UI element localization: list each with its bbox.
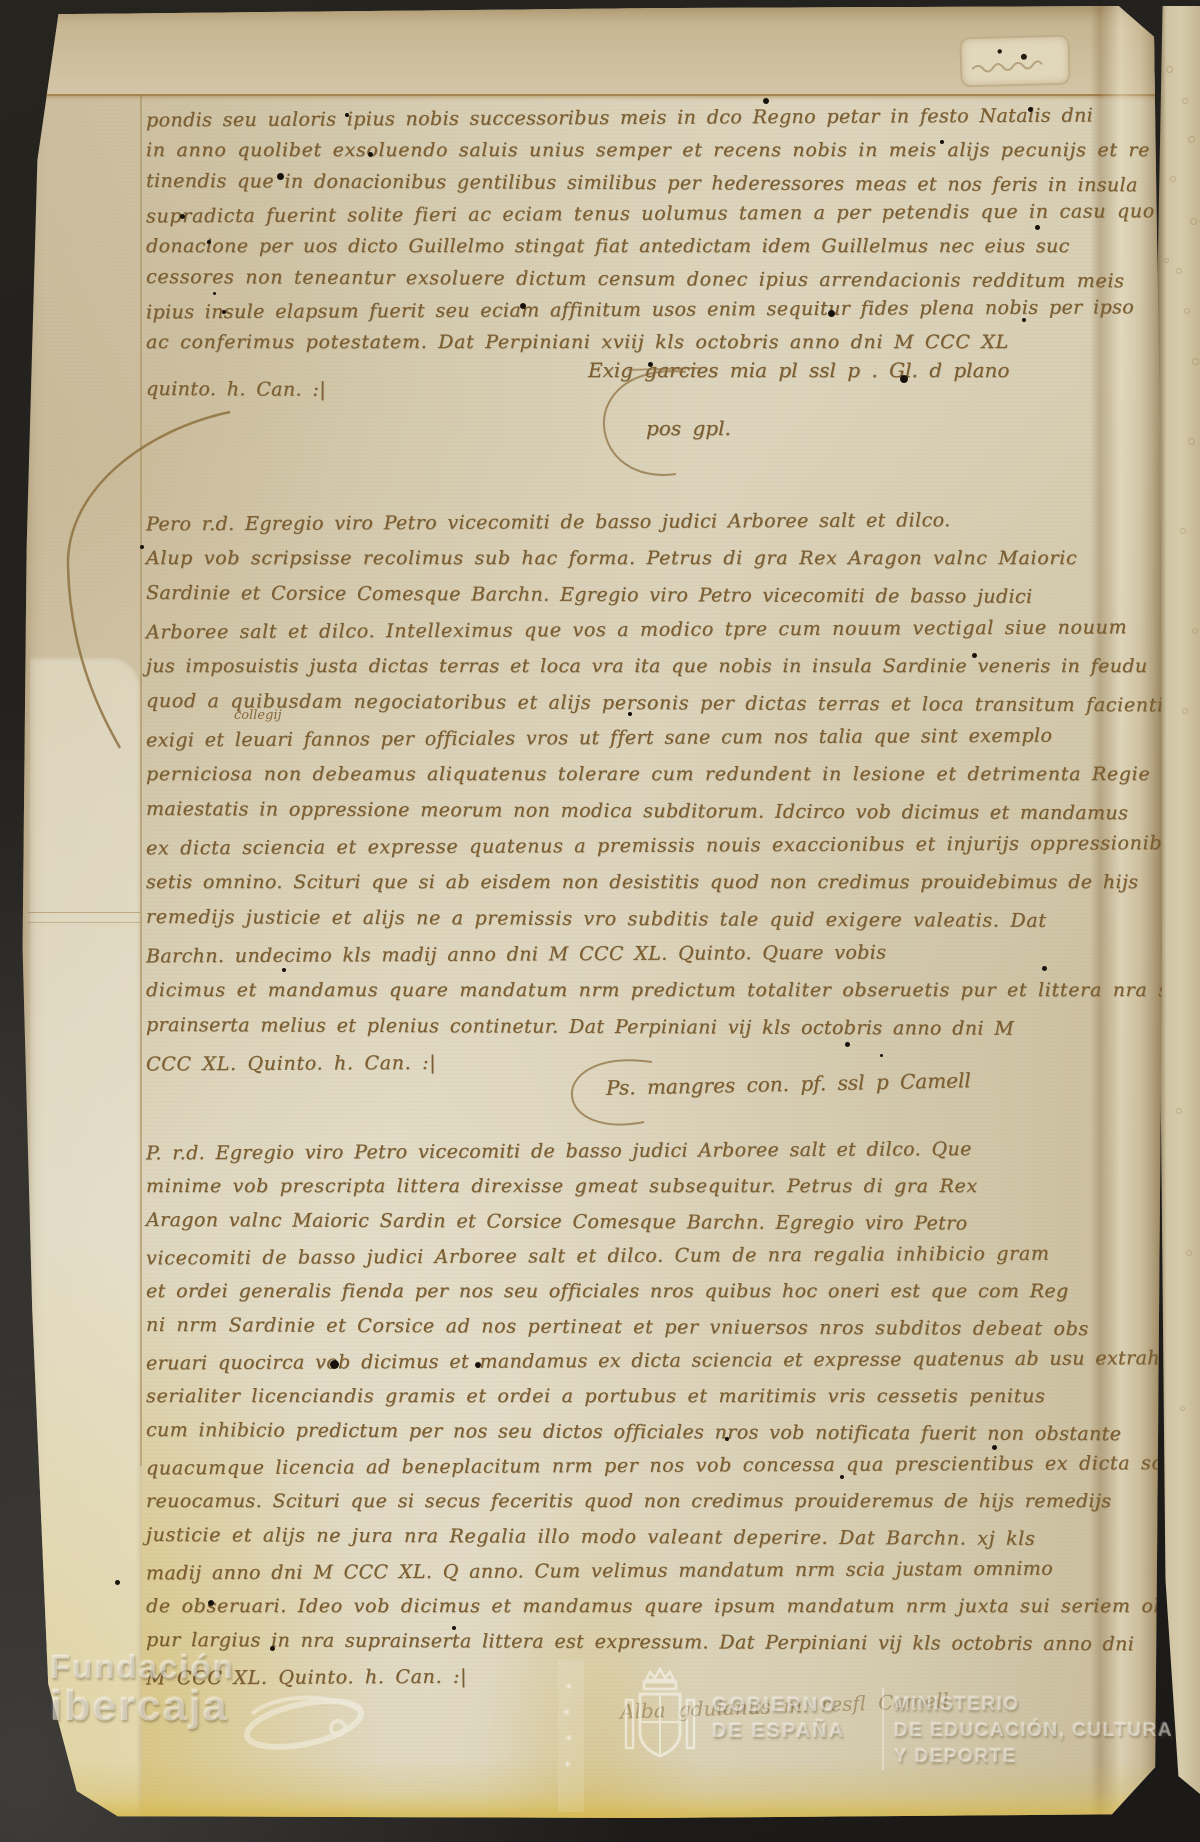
manuscript-line: maiestatis in oppressione meorum non mod… xyxy=(146,791,1076,831)
manuscript-line: justicie et alijs ne jura nra Regalia il… xyxy=(146,1518,1076,1557)
manuscript-line: cum inhibicio predictum per nos seu dict… xyxy=(146,1413,1076,1452)
manuscript-line: ipius insule elapsum fuerit seu eciam af… xyxy=(146,292,1076,329)
archival-label xyxy=(959,35,1070,88)
manuscript-line: Arboree salt et dilco. Intelleximus que … xyxy=(146,610,1076,651)
manuscript-photo: pondis seu ualoris ipius nobis successor… xyxy=(0,0,1200,1842)
ruled-margin-line xyxy=(140,94,142,1466)
manuscript-line: Sardinie et Corsice Comesque Barchn. Egr… xyxy=(146,575,1076,615)
manuscript-line: Aragon valnc Maioric Sardin et Corsice C… xyxy=(146,1203,1076,1242)
manuscript-line: reuocamus. Scituri que si secus feceriti… xyxy=(146,1484,1076,1519)
manuscript-line: Pero r.d. Egregio viro Petro vicecomiti … xyxy=(146,502,1076,543)
manuscript-line: remedijs justicie et alijs ne a premissi… xyxy=(146,899,1076,939)
manuscript-line: pur largius in nra suprainserta littera … xyxy=(146,1623,1076,1662)
manuscript-line: quacumque licencia ad beneplacitum nrm p… xyxy=(146,1447,1076,1487)
text-block-3: P. r.d. Egregio viro Petro vicecomiti de… xyxy=(146,1134,1076,1694)
manuscript-line: madij anno dni M CCC XL. Q anno. Cum vel… xyxy=(146,1552,1076,1592)
manuscript-line: pondis seu ualoris ipius nobis successor… xyxy=(146,100,1076,137)
manuscript-line: Alup vob scripsisse recolimus sub hac fo… xyxy=(146,540,1076,576)
faded-inscription-icon xyxy=(961,37,1068,86)
chancery-note-1: Exig garcies mia pl ssl p . Gl. d plano … xyxy=(588,358,1008,483)
note-line: pos gpl. xyxy=(646,416,731,440)
manuscript-line: vicecomiti de basso judici Arboree salt … xyxy=(146,1237,1076,1277)
manuscript-line: quod a quibusdam negociatoribus et alijs… xyxy=(146,683,1076,723)
manuscript-line: ni nrm Sardinie et Corsice ad nos pertin… xyxy=(146,1308,1076,1347)
manuscript-line: in anno quolibet exsoluendo saluis unius… xyxy=(146,134,1076,166)
manuscript-line: prainserta melius et plenius continetur.… xyxy=(146,1007,1076,1047)
manuscript-page: pondis seu ualoris ipius nobis successor… xyxy=(22,6,1162,1818)
manuscript-line: perniciosa non debeamus aliquatenus tole… xyxy=(146,756,1076,792)
manuscript-line: ex dicta sciencia et expresse quatenus a… xyxy=(146,826,1076,867)
manuscript-line: dicimus et mandamus quare mandatum nrm p… xyxy=(146,972,1076,1008)
manuscript-line: serialiter licenciandis gramis et ordei … xyxy=(146,1379,1076,1414)
manuscript-line: supradicta fuerint solite fieri ac eciam… xyxy=(146,196,1076,233)
manuscript-line: jus imposuistis justa dictas terras et l… xyxy=(146,648,1076,684)
interlinear-correction: collegij xyxy=(234,708,282,723)
manuscript-line: donacione per uos dicto Guillelmo stinga… xyxy=(146,230,1076,262)
text-block-2: Pero r.d. Egregio viro Petro vicecomiti … xyxy=(146,504,1076,1080)
margin-ruling-marks xyxy=(28,912,140,923)
manuscript-line: de obseruari. Ideo vob dicimus et mandam… xyxy=(146,1589,1076,1624)
manuscript-line: P. r.d. Egregio viro Petro vicecomiti de… xyxy=(146,1132,1076,1172)
manuscript-line: et ordei generalis fienda per nos seu of… xyxy=(146,1274,1076,1309)
manuscript-line: minime vob prescripta littera direxisse … xyxy=(146,1169,1076,1204)
manuscript-line: setis omnino. Scituri que si ab eisdem n… xyxy=(146,864,1076,900)
chancery-note-2: Ps. mangres con. pf. ssl p Camell xyxy=(560,1050,980,1130)
margin-repair-patch xyxy=(30,656,142,1818)
manuscript-line: ac conferimus potestatem. Dat Perpiniani… xyxy=(146,326,1076,358)
manuscript-line: eruari quocirca vob dicimus et mandamus … xyxy=(146,1342,1076,1382)
manuscript-line: exigi et leuari fannos per officiales vr… xyxy=(146,718,1076,759)
